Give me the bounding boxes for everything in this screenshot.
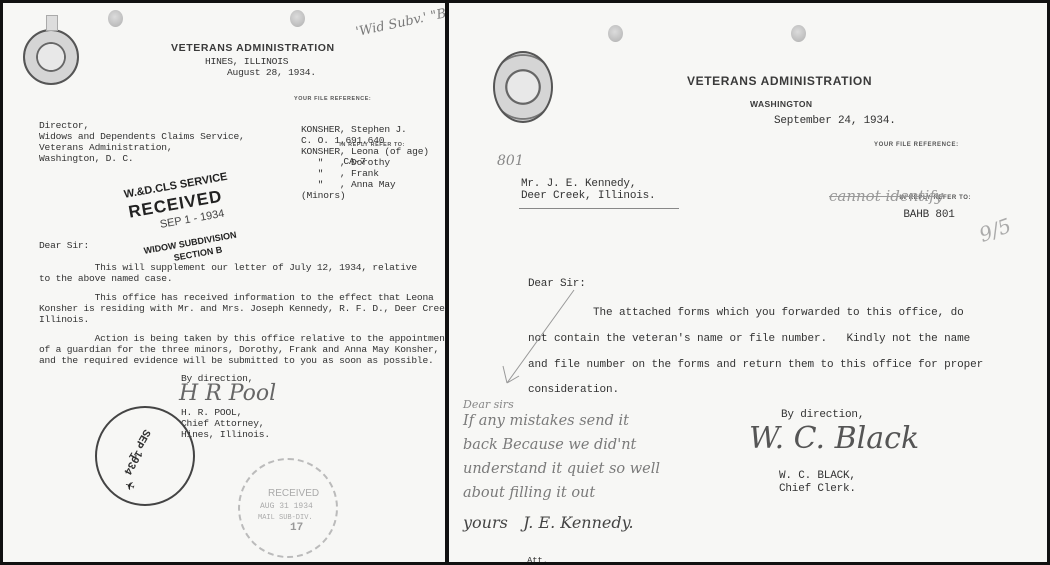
body-line: not contain the veteran's name or file n… <box>528 327 970 352</box>
handwritten-date-note: 9/5 <box>976 213 1014 247</box>
faint-stamp-line: AUG 31 1934 <box>260 502 313 511</box>
signature-pool: H R Pool <box>179 381 276 406</box>
airplane-icon: ✈ <box>122 475 138 497</box>
signer-line: H. R. POOL, <box>181 407 242 418</box>
reference-line: (Minors) <box>301 190 345 201</box>
letter-date: September 24, 1934. <box>774 116 896 127</box>
handwritten-reply-line: If any mistakes send it <box>463 413 629 429</box>
letter-location: WASHINGTON <box>750 99 812 109</box>
addressee-line: Mr. J. E. Kennedy, <box>521 179 636 190</box>
body-line: Action is being taken by this office rel… <box>39 333 448 344</box>
addressee-line: Washington, D. C. <box>39 153 133 164</box>
body-line: Illinois. <box>39 314 89 325</box>
body-line: to the above named case. <box>39 273 172 284</box>
date-stamp-year: 1934 <box>120 448 144 477</box>
handwritten-reply-line: Dear sirs <box>463 398 514 411</box>
body-line: Konsher is residing with Mr. and Mrs. Jo… <box>39 303 448 314</box>
va-seal-icon <box>23 29 79 85</box>
pencil-arrow-icon <box>499 288 579 393</box>
handwritten-corner-note: 'Wid Subv.' "B" <box>355 5 448 40</box>
faint-stamp-line: MAIL SUB-DIV. <box>258 514 313 522</box>
punch-hole <box>290 10 305 27</box>
reference-line: KONSHER, Stephen J. <box>301 124 407 135</box>
va-seal-icon <box>493 51 553 123</box>
letter-date: August 28, 1934. <box>227 67 316 78</box>
addressee-line: Deer Creek, Illinois. <box>521 191 655 202</box>
letter-washington-sep-1934: VETERANS ADMINISTRATION WASHINGTON Septe… <box>446 0 1050 565</box>
punch-hole <box>108 10 123 27</box>
addressee-line: Veterans Administration, <box>39 142 172 153</box>
your-file-reference-label: YOUR FILE REFERENCE: <box>874 142 959 148</box>
body-line: This will supplement our letter of July … <box>39 262 417 273</box>
punch-hole <box>608 25 623 42</box>
handwritten-reply-line: back Because we did'nt <box>463 437 636 453</box>
body-line: This office has received information to … <box>39 292 434 303</box>
addressee-line: Widows and Dependents Claims Service, <box>39 131 245 142</box>
pencil-underline <box>519 208 679 209</box>
faint-received-stamp: RECEIVED AUG 31 1934 MAIL SUB-DIV. 17 <box>238 458 338 558</box>
signer-line: Hines, Illinois. <box>181 429 270 440</box>
body-line: and the required evidence will be submit… <box>39 355 434 366</box>
letter-location: HINES, ILLINOIS <box>205 56 288 67</box>
handwritten-strikeout-note: cannot identify <box>829 187 943 205</box>
handwritten-801: 801 <box>497 153 524 169</box>
body-line: and file number on the forms and return … <box>528 353 983 378</box>
reference-line: C. O. 1,691,640 <box>301 135 384 146</box>
punch-hole <box>791 25 806 42</box>
signer-line: W. C. BLACK, <box>779 471 856 482</box>
reference-line: " , Frank <box>301 168 379 179</box>
signer-line: Chief Attorney, <box>181 418 264 429</box>
addressee-line: Director, <box>39 120 89 131</box>
handwritten-reply-signature: yours J. E. Kennedy. <box>463 513 634 532</box>
body-line: of a guardian for the three minors, Doro… <box>39 344 439 355</box>
faint-stamp-line: 17 <box>290 522 303 534</box>
reference-line: " , Dorothy <box>301 157 390 168</box>
faint-stamp-line: RECEIVED <box>268 488 319 499</box>
attachment-note: Att. <box>527 556 548 565</box>
agency-header: VETERANS ADMINISTRATION <box>687 74 872 88</box>
salutation: Dear Sir: <box>39 240 89 251</box>
in-reply-value: BAHB 801 <box>903 209 954 221</box>
reference-line: KONSHER, Leona (of age) <box>301 146 429 157</box>
date-stamp-circle: SEP 1 1934 ✈ <box>95 406 195 506</box>
reference-line: " , Anna May <box>301 179 395 190</box>
handwritten-reply-line: understand it quiet so well <box>463 461 660 477</box>
agency-header: VETERANS ADMINISTRATION <box>171 42 335 54</box>
signature-black: W. C. Black <box>749 421 919 456</box>
letter-hines-aug-1934: 'Wid Subv.' "B" VETERANS ADMINISTRATION … <box>0 0 448 565</box>
your-file-reference-label: YOUR FILE REFERENCE: <box>294 96 371 102</box>
body-line: The attached forms which you forwarded t… <box>528 301 964 326</box>
handwritten-reply-line: about filling it out <box>463 485 595 501</box>
closing: By direction, <box>781 410 864 421</box>
signer-line: Chief Clerk. <box>779 484 856 495</box>
seal-tab <box>46 15 58 31</box>
